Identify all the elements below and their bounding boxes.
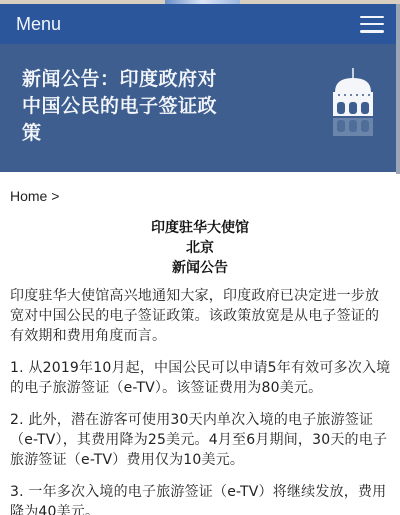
intro-paragraph: 印度驻华大使馆高兴地通知大家，印度政府已决定进一步放宽对中国公民的电子签证政策。… <box>10 286 392 346</box>
heading-news: 新闻公告 <box>0 258 400 278</box>
policy-item-3: 3. 一年多次入境的电子旅游签证（e-TV）将继续发放，费用降为40美元。 <box>10 482 392 515</box>
hamburger-icon[interactable] <box>360 16 384 33</box>
page-title: 新闻公告：印度政府对中国公民的电子签证政策 <box>22 66 232 147</box>
building-dome-icon <box>330 66 376 146</box>
policy-item-2: 2. 此外，潜在游客可使用30天内单次入境的电子旅游签证（e-TV），其费用降为… <box>10 410 392 470</box>
heading-embassy: 印度驻华大使馆 <box>0 218 400 238</box>
hamburger-line <box>360 30 384 33</box>
announcement-heading: 印度驻华大使馆 北京 新闻公告 <box>0 218 400 278</box>
heading-city: 北京 <box>0 238 400 258</box>
policy-item-1: 1. 从2019年10月起，中国公民可以申请5年有效可多次入境的电子旅游签证（e… <box>10 358 392 398</box>
menu-label[interactable]: Menu <box>16 14 61 35</box>
breadcrumb-home-link[interactable]: Home <box>10 188 47 204</box>
breadcrumb: Home > <box>10 188 59 204</box>
navbar: Menu <box>0 4 396 44</box>
page-banner: 新闻公告：印度政府对中国公民的电子签证政策 <box>0 44 396 172</box>
breadcrumb-separator: > <box>51 188 59 204</box>
hamburger-line <box>360 23 384 26</box>
right-edge <box>396 4 400 174</box>
hamburger-line <box>360 16 384 19</box>
